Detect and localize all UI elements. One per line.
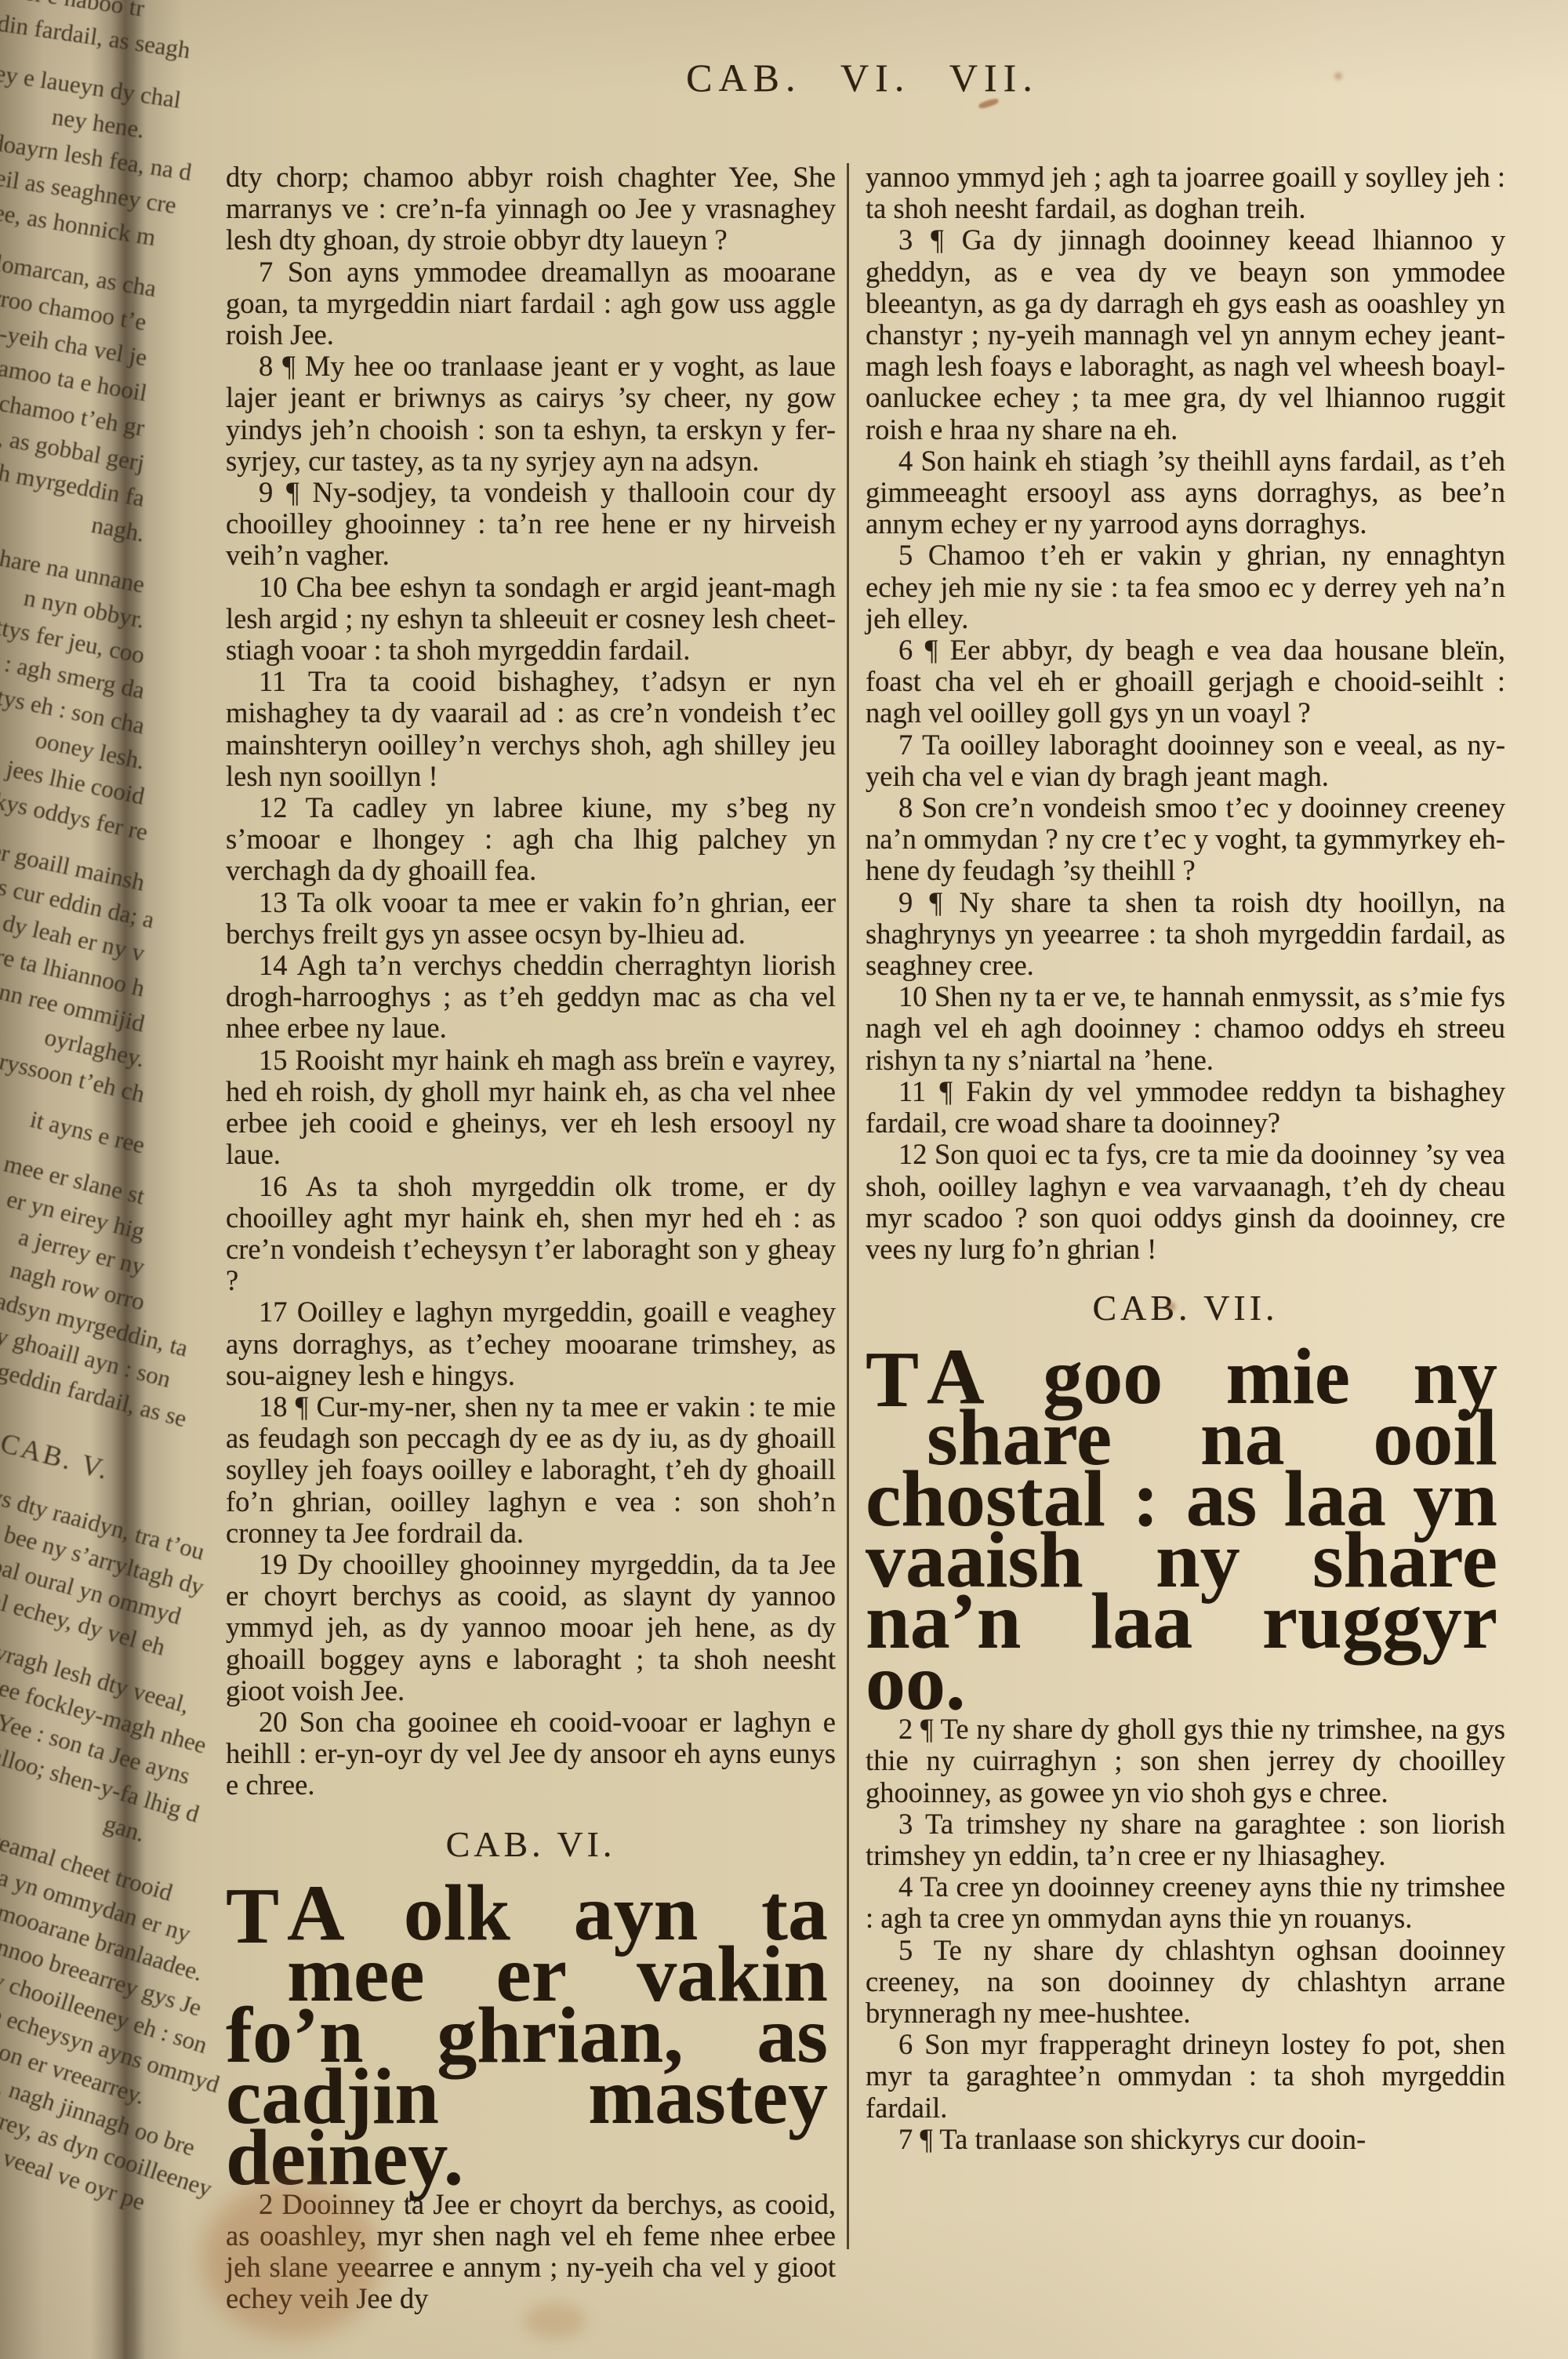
text-column-left: dty chorp; chamoo abbyr roish chaghter Y… bbox=[226, 162, 836, 2314]
verse-paragraph: 6 ¶ Eer abbyr, dy beagh e vea daa housan… bbox=[866, 634, 1505, 729]
verse-paragraph: 19 Dy chooilley ghooinney myrgeddin, da … bbox=[226, 1549, 836, 1707]
verse-paragraph: 8 Son cre’n vondeish smoo t’ec y dooinne… bbox=[866, 792, 1505, 887]
drop-cap-letter: T bbox=[226, 1883, 287, 1947]
book-page-scan: { "colors":{"ink":"#2b2014","paper_mid":… bbox=[0, 0, 1568, 2359]
facing-page-gutter: dy vel e naboo treddin fardail, as seagh… bbox=[0, 0, 144, 2220]
column-divider-rule bbox=[847, 163, 849, 2249]
verse-paragraph: 5 Te ny share dy chlashtyn oghsan dooinn… bbox=[866, 1935, 1505, 2030]
drop-cap-letter: T bbox=[866, 1347, 927, 1411]
verse-paragraph: 8 ¶ My hee oo tranlaase jeant er y voght… bbox=[226, 351, 836, 477]
verse-paragraph: 7 Ta ooilley laboraght dooinney son e ve… bbox=[866, 729, 1505, 792]
text-column-right: yannoo ymmyd jeh ; agh ta joarree goaill… bbox=[866, 162, 1505, 2155]
verse-paragraph: 13 Ta olk vooar ta mee er vakin fo’n ghr… bbox=[226, 887, 836, 950]
verse-paragraph: 11 Tra ta cooid bishaghey, t’adsyn er ny… bbox=[226, 666, 836, 792]
chapter-opening-verse: TA olk ayn ta mee er vakin fo’n ghrian, … bbox=[226, 1880, 836, 2189]
verse-paragraph: 14 Agh ta’n verchys cheddin cherraghtyn … bbox=[226, 950, 836, 1045]
chapter-heading: CAB. VII. bbox=[866, 1265, 1505, 1343]
verse-paragraph: 18 ¶ Cur-my-ner, shen ny ta mee er vakin… bbox=[226, 1391, 836, 1549]
running-head: CAB. VI. VII. bbox=[223, 55, 1501, 100]
verse-paragraph: 4 Ta cree yn dooinney creeney ayns thie … bbox=[866, 1871, 1505, 1934]
verse-paragraph: 11 ¶ Fakin dy vel ymmodee reddyn ta bish… bbox=[866, 1076, 1505, 1139]
verse-paragraph: 9 ¶ Ny-sodjey, ta vondeish y thallooin c… bbox=[226, 477, 836, 572]
verse-paragraph: 7 Son ayns ymmodee dreamallyn as mooaran… bbox=[226, 256, 836, 351]
verse-paragraph: 7 ¶ Ta tranlaase son shickyrys cur dooin… bbox=[866, 2124, 1505, 2155]
verse-paragraph: 12 Ta cadley yn labree kiune, my s’beg n… bbox=[226, 792, 836, 887]
verse-paragraph: dty chorp; chamoo abbyr roish chaghter Y… bbox=[226, 162, 836, 256]
verse-paragraph: 5 Chamoo t’eh er vakin y ghrian, ny enna… bbox=[866, 540, 1505, 634]
verse-paragraph: 9 ¶ Ny share ta shen ta roish dty hooill… bbox=[866, 887, 1505, 982]
verse-paragraph: yannoo ymmyd jeh ; agh ta joarree goaill… bbox=[866, 162, 1505, 224]
verse-paragraph: 10 Shen ny ta er ve, te hannah enmyssit,… bbox=[866, 981, 1505, 1076]
verse-paragraph: 17 Ooilley e laghyn myrgeddin, goaill e … bbox=[226, 1296, 836, 1391]
verse-paragraph: 10 Cha bee eshyn ta sondagh er argid jea… bbox=[226, 572, 836, 667]
verse-paragraph: 15 Rooisht myr haink eh magh ass breïn e… bbox=[226, 1045, 836, 1171]
chapter-heading: CAB. VI. bbox=[226, 1801, 836, 1880]
verse-paragraph: 3 ¶ Ga dy jinnagh dooinney keead lhianno… bbox=[866, 224, 1505, 445]
verse-paragraph: 6 Son myr frapperaght drineyn lostey fo … bbox=[866, 2029, 1505, 2124]
verse-paragraph: 20 Son cha gooinee eh cooid-vooar er lag… bbox=[226, 1707, 836, 1801]
verse-paragraph: 16 As ta shoh myrgeddin olk trome, er dy… bbox=[226, 1171, 836, 1297]
verse-paragraph: 12 Son quoi ec ta fys, cre ta mie da doo… bbox=[866, 1139, 1505, 1265]
verse-paragraph: 3 Ta trimshey ny share na garaghtee : so… bbox=[866, 1808, 1505, 1871]
verse-paragraph: 4 Son haink eh stiagh ’sy theihll ayns f… bbox=[866, 445, 1505, 540]
chapter-opening-verse: TA goo mie ny share na ooil chostal : as… bbox=[866, 1343, 1505, 1714]
